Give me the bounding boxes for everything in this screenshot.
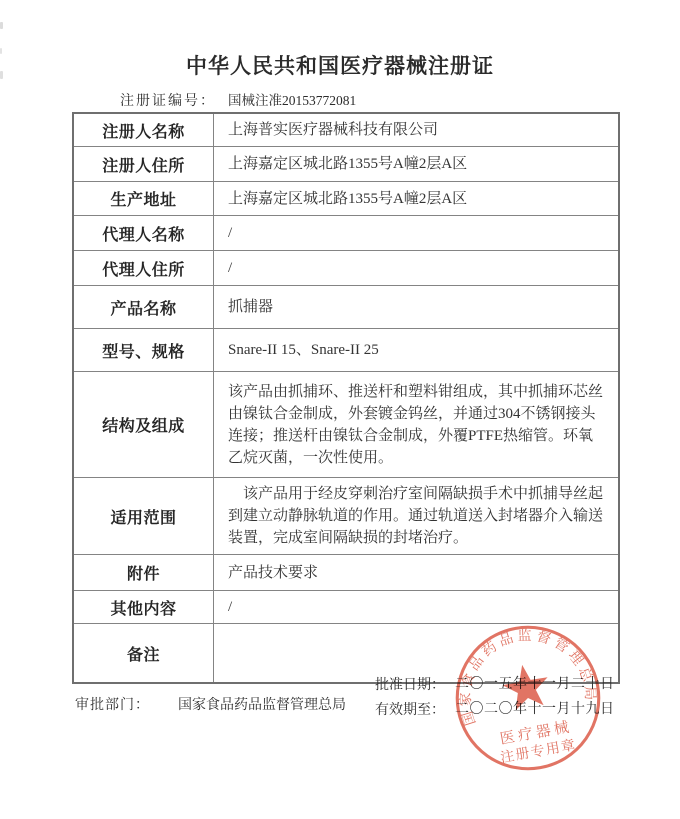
row-value: Snare-II 15、Snare-II 25	[214, 329, 618, 371]
table-row: 注册人名称 上海普实医疗器械科技有限公司	[74, 114, 618, 147]
table-row: 结构及组成 该产品由抓捕环、推送杆和塑料钳组成，其中抓捕环芯丝由镍钛合金制成，外…	[74, 372, 618, 478]
approval-date-value: 二〇一五年十一月二十日	[455, 673, 615, 693]
row-label: 代理人名称	[74, 216, 214, 250]
row-value: 上海嘉定区城北路1355号A幢2层A区	[214, 147, 618, 181]
row-label: 备注	[74, 624, 214, 682]
row-label: 生产地址	[74, 182, 214, 215]
table-row: 附件 产品技术要求	[74, 555, 618, 591]
valid-until-label: 有效期至：	[375, 699, 445, 719]
row-value: 上海普实医疗器械科技有限公司	[214, 114, 618, 146]
cert-number-value: 国械注准20153772081	[228, 93, 356, 108]
cert-number-label: 注册证编号：	[120, 94, 216, 109]
table-row: 适用范围 该产品用于经皮穿刺治疗室间隔缺损手术中抓捕导丝起到建立动静脉轨道的作用…	[74, 478, 618, 555]
row-value: 上海嘉定区城北路1355号A幢2层A区	[214, 182, 618, 215]
row-label: 代理人住所	[74, 251, 214, 285]
row-label: 注册人名称	[74, 114, 214, 146]
scan-artifact	[0, 71, 3, 79]
table-row: 产品名称 抓捕器	[74, 286, 618, 329]
table-row: 型号、规格 Snare-II 15、Snare-II 25	[74, 329, 618, 372]
row-label: 适用范围	[74, 478, 214, 554]
scan-artifact	[0, 22, 3, 29]
row-label: 其他内容	[74, 591, 214, 623]
row-value: 该产品由抓捕环、推送杆和塑料钳组成，其中抓捕环芯丝由镍钛合金制成，外套镀金钨丝，…	[214, 372, 618, 477]
scan-artifact	[0, 48, 2, 54]
table-row: 代理人住所 /	[74, 251, 618, 286]
row-label: 结构及组成	[74, 372, 214, 477]
table-row: 生产地址 上海嘉定区城北路1355号A幢2层A区	[74, 182, 618, 216]
table-row: 其他内容 /	[74, 591, 618, 624]
seal-text-line2: 注册专用章	[499, 736, 578, 766]
approval-date-label: 批准日期：	[375, 674, 445, 694]
row-value: 抓捕器	[214, 286, 618, 328]
page-title: 中华人民共和国医疗器械注册证	[0, 50, 680, 80]
row-value: /	[214, 591, 618, 623]
approval-dept-label: 审批部门：	[75, 694, 150, 714]
row-value: /	[214, 251, 618, 285]
cert-number-line: 注册证编号：国械注准20153772081	[120, 89, 356, 110]
row-label: 型号、规格	[74, 329, 214, 371]
row-label: 附件	[74, 555, 214, 590]
row-value: 该产品用于经皮穿刺治疗室间隔缺损手术中抓捕导丝起到建立动静脉轨道的作用。通过轨道…	[214, 478, 618, 554]
certificate-table: 注册人名称 上海普实医疗器械科技有限公司 注册人住所 上海嘉定区城北路1355号…	[72, 112, 620, 684]
row-value: /	[214, 216, 618, 250]
row-label: 注册人住所	[74, 147, 214, 181]
approval-dept-value: 国家食品药品监督管理总局	[178, 694, 346, 714]
row-label: 产品名称	[74, 286, 214, 328]
table-row: 代理人名称 /	[74, 216, 618, 251]
valid-until-value: 二〇二〇年十一月十九日	[455, 698, 615, 718]
row-value: 产品技术要求	[214, 555, 618, 590]
table-row: 注册人住所 上海嘉定区城北路1355号A幢2层A区	[74, 147, 618, 182]
certificate-page: 中华人民共和国医疗器械注册证 注册证编号：国械注准20153772081 注册人…	[0, 0, 680, 819]
seal-text-line1: 医疗器械	[498, 717, 573, 747]
